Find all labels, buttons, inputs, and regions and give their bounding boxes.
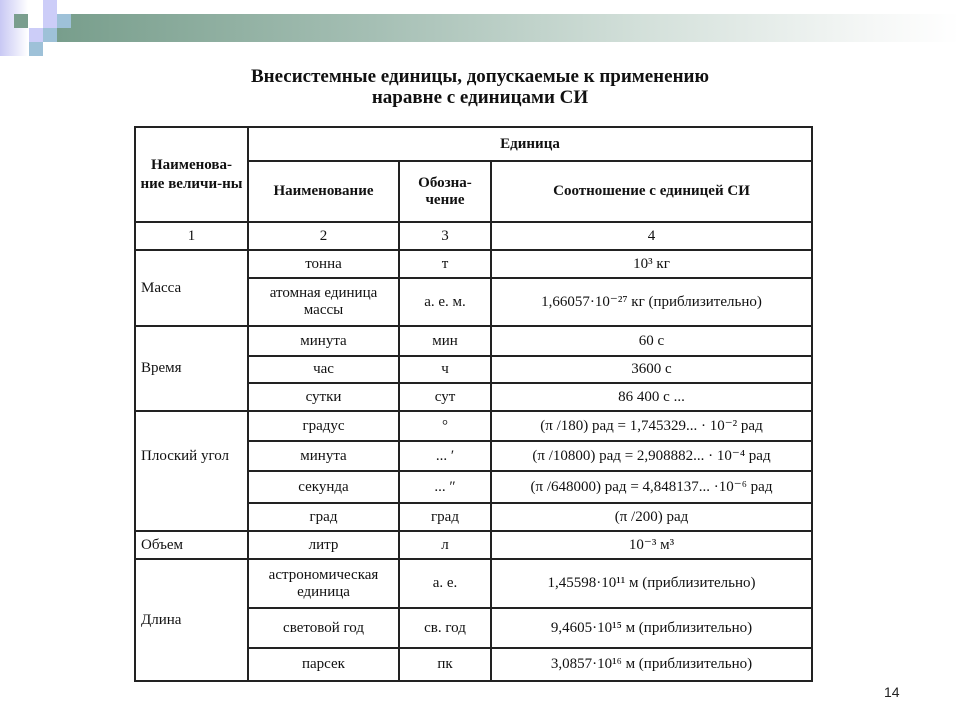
- column-number: 1: [135, 222, 248, 250]
- decorative-square: [43, 28, 57, 42]
- decorative-square: [43, 14, 57, 28]
- column-number: 3: [399, 222, 491, 250]
- si-relation: 9,4605·10¹⁵ м (приблизительно): [491, 608, 812, 648]
- decorative-header-bar: [57, 14, 960, 42]
- unit-symbol: ... ″: [399, 471, 491, 503]
- unit-name: световой год: [248, 608, 399, 648]
- quantity-cell: Длина: [135, 559, 248, 681]
- table-row: Объем литр л 10⁻³ м³: [135, 531, 812, 559]
- table-row: Плоский угол градус ° (π /180) рад = 1,7…: [135, 411, 812, 441]
- si-relation: 1,66057·10⁻²⁷ кг (приблизительно): [491, 278, 812, 326]
- si-relation: 3600 с: [491, 356, 812, 383]
- unit-symbol: пк: [399, 648, 491, 681]
- unit-name: минута: [248, 326, 399, 356]
- table-row: Масса тонна т 10³ кг: [135, 250, 812, 278]
- header-unit-group: Единица: [248, 127, 812, 161]
- unit-symbol: °: [399, 411, 491, 441]
- unit-name: сутки: [248, 383, 399, 411]
- unit-name: тонна: [248, 250, 399, 278]
- decorative-square: [29, 28, 43, 42]
- unit-symbol: св. год: [399, 608, 491, 648]
- si-relation: 10³ кг: [491, 250, 812, 278]
- si-relation: 60 с: [491, 326, 812, 356]
- decorative-square: [29, 42, 43, 56]
- quantity-cell: Объем: [135, 531, 248, 559]
- table-row: Время минута мин 60 с: [135, 326, 812, 356]
- column-number: 4: [491, 222, 812, 250]
- unit-symbol: ч: [399, 356, 491, 383]
- unit-name: минута: [248, 441, 399, 471]
- header-unit-symbol: Обозна-чение: [399, 161, 491, 222]
- unit-symbol: т: [399, 250, 491, 278]
- header-unit-name: Наименование: [248, 161, 399, 222]
- quantity-cell: Масса: [135, 250, 248, 326]
- unit-name: градус: [248, 411, 399, 441]
- si-relation: (π /10800) рад = 2,908882... · 10⁻⁴ рад: [491, 441, 812, 471]
- unit-name: секунда: [248, 471, 399, 503]
- unit-symbol: град: [399, 503, 491, 531]
- slide-title: Внесистемные единицы, допускаемые к прим…: [0, 66, 960, 108]
- unit-symbol: л: [399, 531, 491, 559]
- units-table: Наименова-ние величи-ны Единица Наименов…: [134, 126, 813, 682]
- si-relation: 10⁻³ м³: [491, 531, 812, 559]
- unit-symbol: ... ′: [399, 441, 491, 471]
- si-relation: 86 400 с ...: [491, 383, 812, 411]
- header-quantity: Наименова-ние величи-ны: [135, 127, 248, 222]
- decorative-square: [43, 0, 57, 14]
- slide-title-line2: наравне с единицами СИ: [0, 87, 960, 108]
- unit-name: град: [248, 503, 399, 531]
- unit-name: литр: [248, 531, 399, 559]
- si-relation: (π /180) рад = 1,745329... · 10⁻² рад: [491, 411, 812, 441]
- decorative-square: [57, 14, 71, 28]
- table-row: Длина астрономическая единица а. е. 1,45…: [135, 559, 812, 608]
- unit-name: парсек: [248, 648, 399, 681]
- unit-name: атомная единица массы: [248, 278, 399, 326]
- header-si-relation: Соотношение с единицей СИ: [491, 161, 812, 222]
- unit-symbol: сут: [399, 383, 491, 411]
- unit-name: час: [248, 356, 399, 383]
- decorative-gradient-strip: [0, 0, 28, 56]
- quantity-cell: Плоский угол: [135, 411, 248, 531]
- decorative-square: [14, 14, 28, 28]
- unit-symbol: а. е.: [399, 559, 491, 608]
- si-relation: (π /200) рад: [491, 503, 812, 531]
- si-relation: (π /648000) рад = 4,848137... ·10⁻⁶ рад: [491, 471, 812, 503]
- column-number: 2: [248, 222, 399, 250]
- unit-symbol: а. е. м.: [399, 278, 491, 326]
- si-relation: 1,45598·10¹¹ м (приблизительно): [491, 559, 812, 608]
- unit-symbol: мин: [399, 326, 491, 356]
- page-number: 14: [884, 684, 900, 700]
- quantity-cell: Время: [135, 326, 248, 411]
- slide-title-line1: Внесистемные единицы, допускаемые к прим…: [0, 66, 960, 87]
- si-relation: 3,0857·10¹⁶ м (приблизительно): [491, 648, 812, 681]
- unit-name: астрономическая единица: [248, 559, 399, 608]
